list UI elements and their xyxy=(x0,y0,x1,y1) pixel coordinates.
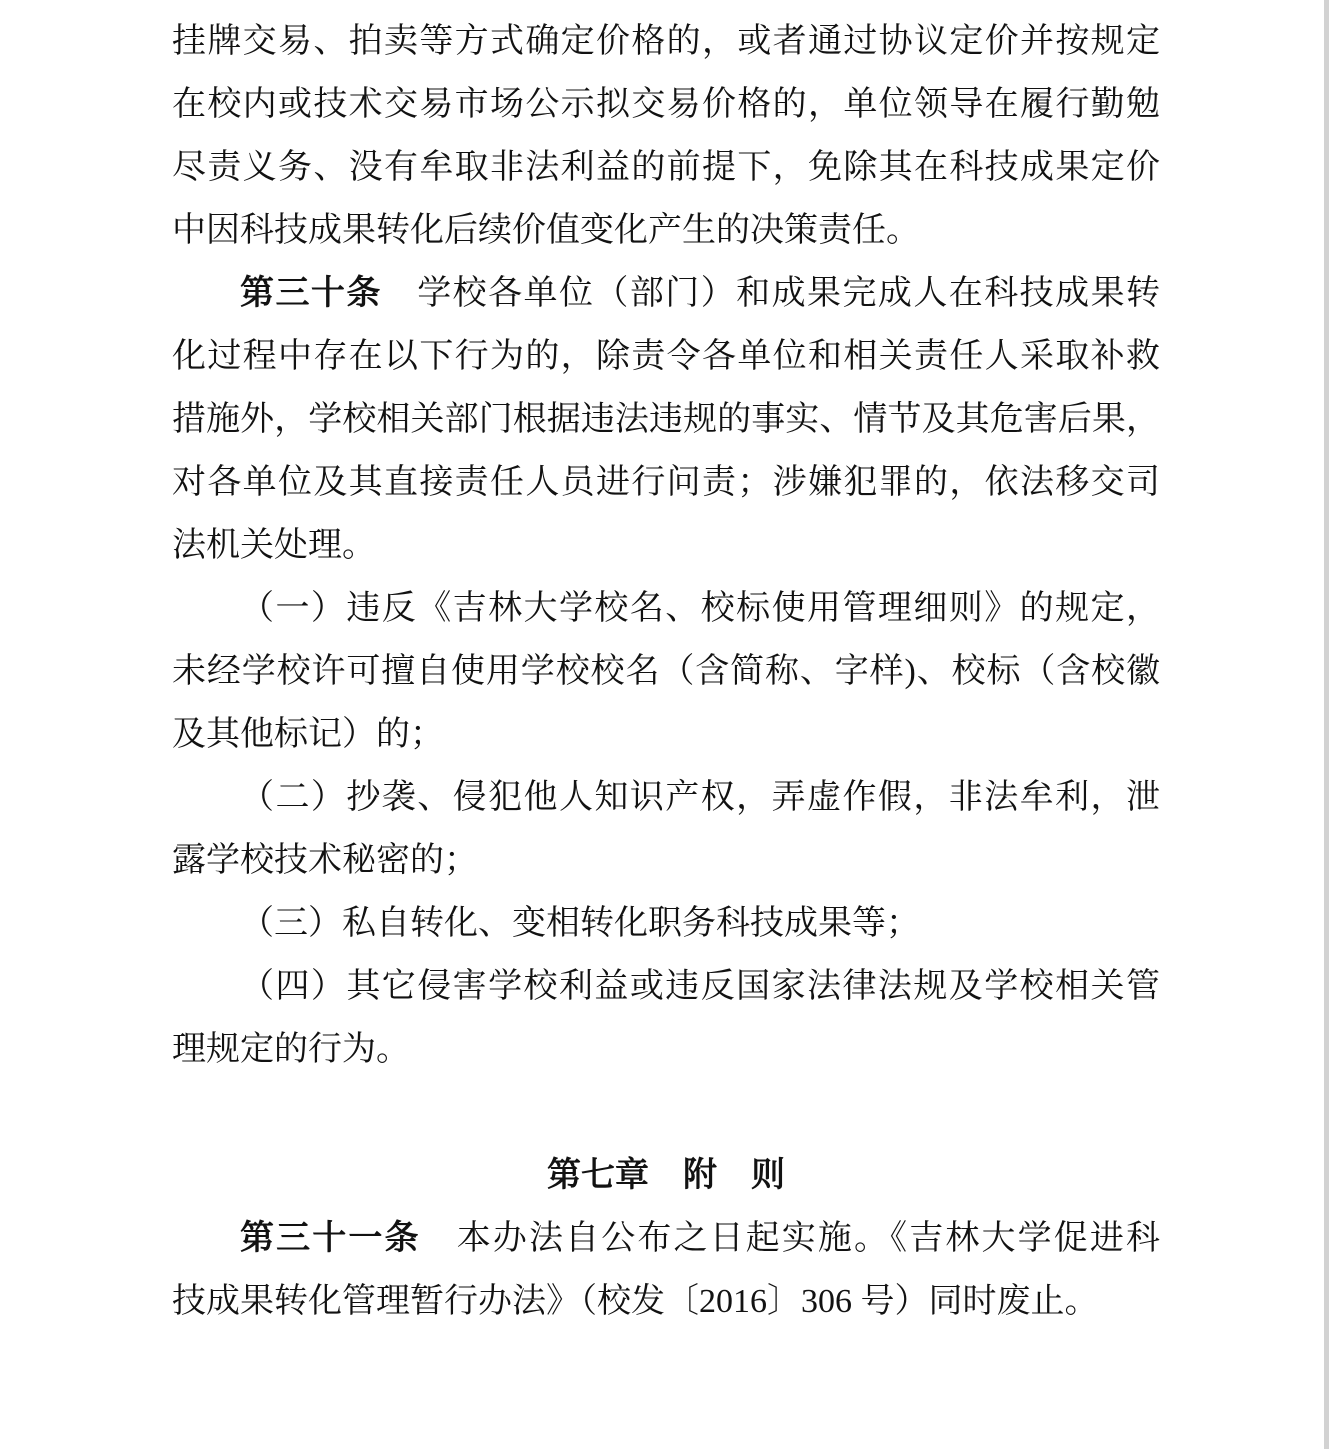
document-line: （四）其它侵害学校利益或违反国家法律法规及学校相关管 xyxy=(172,955,1160,1018)
chapter-heading: 第七章 附 则 xyxy=(172,1144,1160,1207)
document-line: 及其他标记）的； xyxy=(172,703,1160,766)
document-line: 化过程中存在以下行为的，除责令各单位和相关责任人采取补救 xyxy=(172,325,1160,388)
document-text-block: 挂牌交易、拍卖等方式确定价格的，或者通过协议定价并按规定在校内或技术交易市场公示… xyxy=(172,10,1160,1333)
article-text: 本办法自公布之日起实施。《吉林大学促进科 xyxy=(421,1220,1160,1257)
document-page: 挂牌交易、拍卖等方式确定价格的，或者通过协议定价并按规定在校内或技术交易市场公示… xyxy=(0,0,1329,1449)
document-line: 未经学校许可擅自使用学校校名（含简称、字样)、校标（含校徽 xyxy=(172,640,1160,703)
document-line: （三）私自转化、变相转化职务科技成果等； xyxy=(172,892,1160,955)
document-line: 尽责义务、没有牟取非法利益的前提下，免除其在科技成果定价 xyxy=(172,136,1160,199)
article-text: 学校各单位（部门）和成果完成人在科技成果转 xyxy=(382,275,1160,312)
blank-line xyxy=(172,1081,1160,1144)
document-line: 第三十条 学校各单位（部门）和成果完成人在科技成果转 xyxy=(172,262,1160,325)
document-line: 对各单位及其直接责任人员进行问责；涉嫌犯罪的，依法移交司 xyxy=(172,451,1160,514)
document-line: 第三十一条 本办法自公布之日起实施。《吉林大学促进科 xyxy=(172,1207,1160,1270)
document-line: 露学校技术秘密的； xyxy=(172,829,1160,892)
document-line: 挂牌交易、拍卖等方式确定价格的，或者通过协议定价并按规定 xyxy=(172,10,1160,73)
document-line: 技成果转化管理暂行办法》（校发〔2016〕306 号）同时废止。 xyxy=(172,1270,1160,1333)
document-line: （二）抄袭、侵犯他人知识产权，弄虚作假，非法牟利，泄 xyxy=(172,766,1160,829)
document-line: 中因科技成果转化后续价值变化产生的决策责任。 xyxy=(172,199,1160,262)
document-line: （一）违反《吉林大学校名、校标使用管理细则》的规定， xyxy=(172,577,1160,640)
right-edge-strip xyxy=(1324,0,1329,1449)
document-line: 在校内或技术交易市场公示拟交易价格的，单位领导在履行勤勉 xyxy=(172,73,1160,136)
article-number: 第三十一条 xyxy=(240,1219,421,1257)
document-line: 理规定的行为。 xyxy=(172,1018,1160,1081)
document-line: 措施外，学校相关部门根据违法违规的事实、情节及其危害后果， xyxy=(172,388,1160,451)
document-line: 法机关处理。 xyxy=(172,514,1160,577)
article-number: 第三十条 xyxy=(240,274,382,312)
